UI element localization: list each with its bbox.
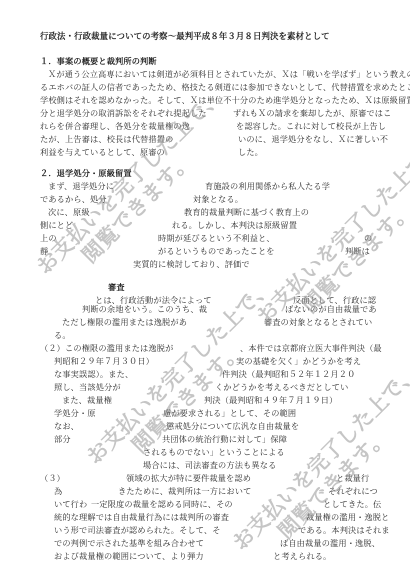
section-1-line: いのに、退学処分をなし、Ｘに著しい不 <box>238 134 388 144</box>
section-2-line: 時期が延びるという不利益と、 <box>158 233 275 243</box>
section-3-line: である。本判決はそれま <box>298 525 390 535</box>
section-2-line: 実質的に検討しており、評価で <box>133 259 250 269</box>
section-3-line: と考えられる。 <box>273 551 331 561</box>
section-2-line: 教育的裁量判断に基づく教育上の <box>184 207 309 217</box>
section-3-line: 部分 <box>54 434 71 444</box>
document-title: 行政法・行政裁量についての考察～最判平成８年３月８日判決を素材として <box>40 31 330 41</box>
section-1-line: Ｘが通う公立高専においては剣道が必須科目とされていたが、Ｘは「戦いを学ばず」とい… <box>48 69 410 79</box>
section-3-line: くかどうかを考えるべきだとしてい <box>215 382 348 392</box>
section-3-line: 、本件では京都府立医大事件判決（最 <box>240 343 382 353</box>
section-1-line: ずれもＸの請求を棄却したが、原審ではこ <box>233 108 391 118</box>
section-3-line: ただし権限の濫用または逸脱があ <box>62 317 187 327</box>
section-1-line: した。 <box>238 147 263 157</box>
section-3-line: 件判決（最判昭和５２年１２月２０ <box>222 369 355 379</box>
section-1-line: を認容した。これに対して校長が上告し <box>236 121 386 131</box>
section-3-line: 一定限度の裁量を認める同時に、その <box>91 499 233 509</box>
section-3-line: 場合には、司法審査の方法も異なる <box>143 460 276 470</box>
section-3-line: 為 <box>54 486 62 496</box>
section-3-line: されるものでない」ということによる <box>143 447 285 457</box>
section-3-line: （２）この権限の濫用または逸脱が <box>40 343 173 353</box>
section-3-line: 実の基礎を欠く」かどうかを考え <box>236 356 361 366</box>
section-3-heading: 審査 <box>108 282 125 292</box>
section-3-line: きたために、裁判所は一方において <box>118 486 251 496</box>
section-3-line: いて行わ <box>54 499 87 509</box>
section-3-line: 判昭和２９年７月３０日） <box>54 356 154 366</box>
section-3-line: な事実誤認）。また、 <box>54 369 133 379</box>
section-3-line: での判例で示された基準を組み合わせて <box>54 538 204 548</box>
section-3-line: 学処分・原 <box>54 408 96 418</box>
section-3-line: る。 <box>54 330 71 340</box>
section-3-line: 判断の余地をいう。このうち、裁 <box>82 304 207 314</box>
section-2-line: 対象となる。 <box>193 194 243 204</box>
section-3-line: ば自由裁量の濫用・逸脱、 <box>280 538 380 548</box>
section-3-line: 懲戒処分について広汎な自由裁量を <box>166 421 299 431</box>
section-2-line: がるというものであったことを <box>158 246 275 256</box>
section-3-line: いう形で司法審査が認められた。そして、そ <box>54 525 221 535</box>
section-2-line: れる。しかし、本判決は原級留置 <box>172 220 297 230</box>
section-3-line: 領域の拡大が特に要件裁量を認め <box>126 473 251 483</box>
document-page: 行政法・行政裁量についての考察～最判平成８年３月８日判決を素材として １．事案の… <box>0 0 410 580</box>
section-3-line: 照し、当該処分が <box>54 382 121 392</box>
section-1-line: るエホバの証人の信者であったため、格技たる剣道には参加できないとして、代替措置を… <box>40 82 410 92</box>
section-1-heading: １．事案の概要と裁判所の判断 <box>40 56 157 66</box>
section-3-line: また、裁量権 <box>62 395 112 405</box>
section-3-line: （３） <box>40 473 65 483</box>
section-3-line: 共団体の統治行動に対して」保障 <box>162 434 287 444</box>
section-3-line: および裁量権の範囲について、より弾力 <box>54 551 204 561</box>
section-3-line: 統的な理解では自由裁量行為には裁判所の審査 <box>54 512 229 522</box>
section-3-line: 判決（最判昭和４９年７月１９日） <box>204 395 337 405</box>
section-3-line: なお、 <box>54 421 79 431</box>
section-2-line: 育施設の利用関係から私人たる学 <box>205 181 330 191</box>
